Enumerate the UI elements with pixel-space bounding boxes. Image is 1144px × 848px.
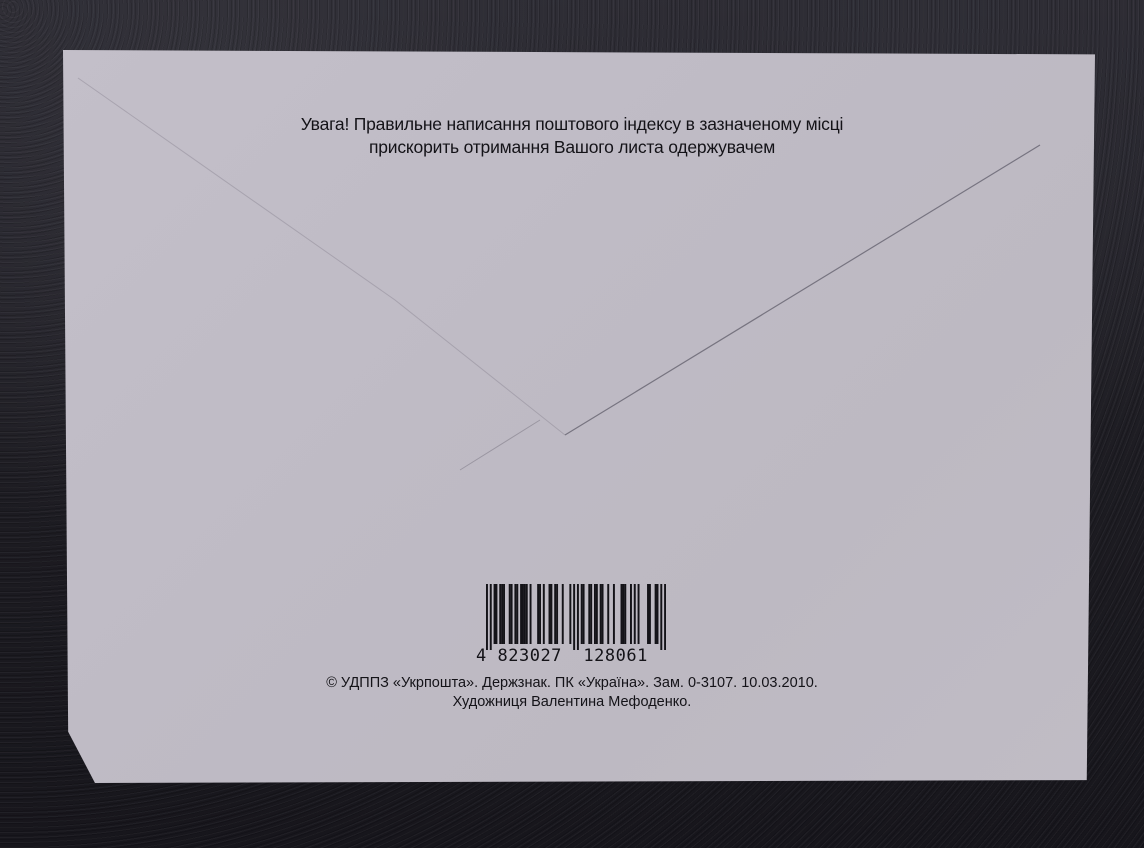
barcode-number: 4 823027 128061 bbox=[476, 646, 666, 666]
postal-code-notice: Увага! Правильне написання поштового інд… bbox=[200, 113, 944, 159]
barcode-bars bbox=[486, 584, 666, 650]
publisher-imprint: © УДППЗ «Укрпошта». Держзнак. ПК «Україн… bbox=[180, 674, 964, 712]
barcode-group-1: 823027 bbox=[498, 646, 562, 666]
imprint-line-2: Художниця Валентина Мефоденко. bbox=[180, 693, 964, 712]
barcode: 4 823027 128061 bbox=[476, 584, 666, 674]
barcode-group-2: 128061 bbox=[583, 646, 647, 666]
barcode-first-digit: 4 bbox=[476, 646, 487, 666]
notice-line-2: прискорить отримання Вашого листа одержу… bbox=[200, 136, 944, 159]
imprint-line-1: © УДППЗ «Укрпошта». Держзнак. ПК «Україн… bbox=[180, 674, 964, 693]
notice-line-1: Увага! Правильне написання поштового інд… bbox=[200, 113, 944, 136]
